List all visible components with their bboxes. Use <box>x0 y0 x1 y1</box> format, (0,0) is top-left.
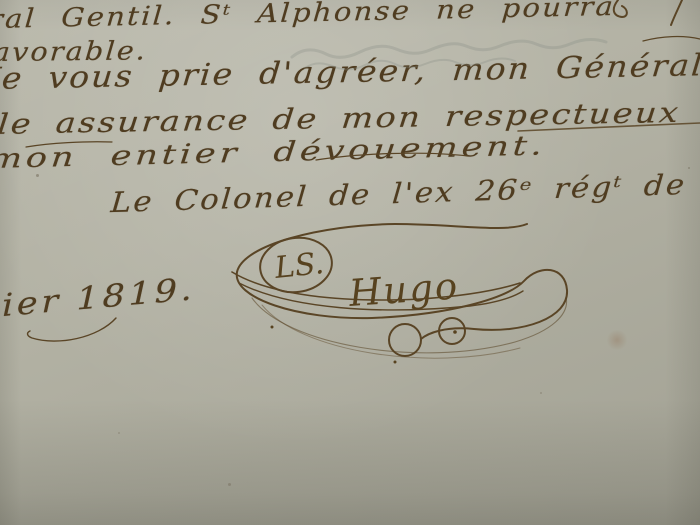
entier-t-bar <box>26 142 112 147</box>
ink-dot <box>271 326 274 329</box>
paper-speck <box>118 432 120 434</box>
flourish-loop <box>389 324 421 356</box>
signature-monogram: LS. <box>272 246 325 286</box>
signature-name: Hugo <box>347 264 461 315</box>
paper-speck <box>228 483 231 486</box>
date-flourish-tail <box>28 318 116 341</box>
descender-stroke <box>671 0 682 25</box>
ink-dot <box>394 361 397 364</box>
ghost-ink-bleedthrough <box>292 40 606 70</box>
manuscript-photo: ral Gentil. Sᵗ Alphonse ne pourra avorab… <box>0 0 700 525</box>
ink-dot <box>453 330 457 334</box>
pourra-tail-stroke <box>643 37 700 41</box>
attachement-t-bar <box>518 123 700 131</box>
devouement-t-bar <box>316 153 468 160</box>
paper-speck <box>36 174 39 177</box>
ghost-squiggle <box>305 58 515 69</box>
ink-overlay: LS. Hugo <box>0 0 700 525</box>
t-bar-strokes <box>26 123 700 160</box>
flourish-loop <box>439 318 465 344</box>
signature-hugo: LS. Hugo <box>232 224 567 364</box>
paper-stain <box>606 330 628 350</box>
cropped-descender-strokes-icon <box>614 0 700 41</box>
paper-speck <box>688 167 690 169</box>
paper-speck <box>540 392 542 394</box>
descender-stroke <box>614 0 627 17</box>
ghost-squiggle <box>292 40 606 58</box>
